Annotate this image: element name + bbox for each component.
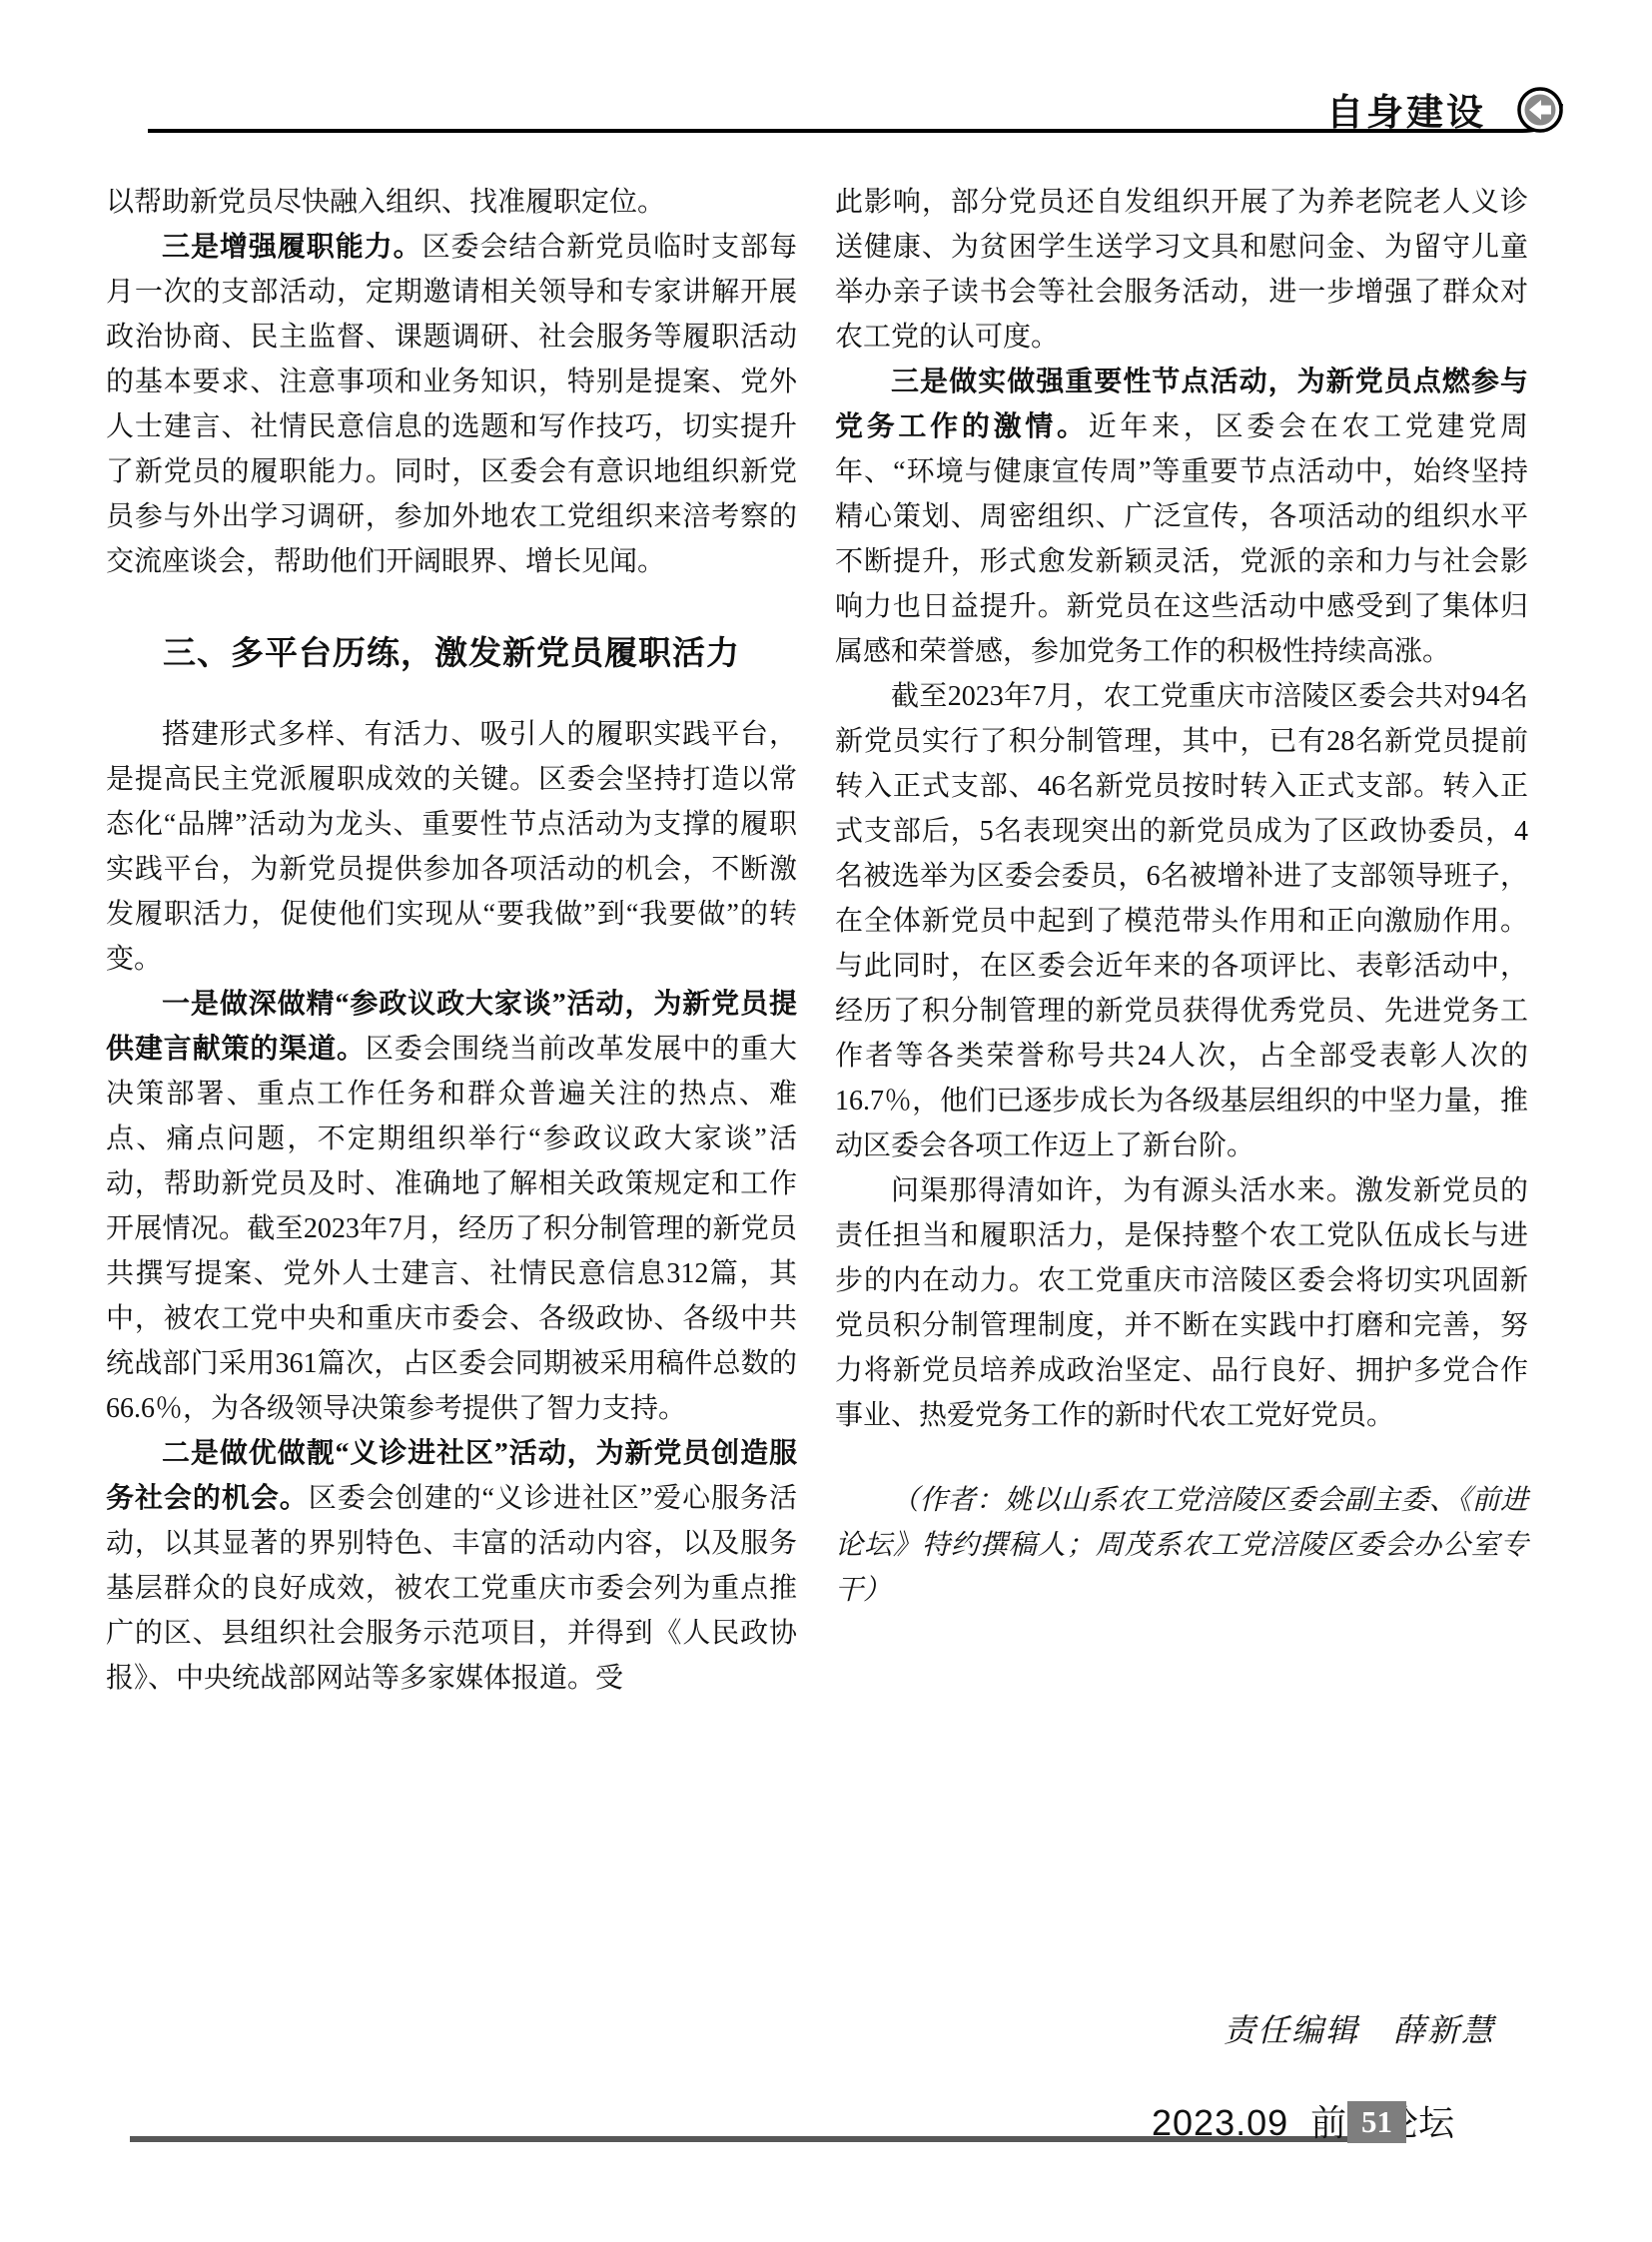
page-number-badge: 51	[1347, 2101, 1406, 2143]
paragraph-continuation: 以帮助新党员尽快融入组织、找准履职定位。	[106, 180, 797, 225]
paragraph-text: 区委会创建的“义诊进社区”爱心服务活动，以其显著的界别特色、丰富的活动内容，以及…	[106, 1483, 797, 1694]
paragraph: 三是做实做强重要性节点活动，为新党员点燃参与党务工作的激情。近年来，区委会在农工…	[835, 360, 1528, 674]
paragraph: 二是做优做靓“义诊进社区”活动，为新党员创造服务社会的机会。区委会创建的“义诊进…	[106, 1431, 797, 1701]
right-column: 此影响，部分党员还自发组织开展了为养老院老人义诊送健康、为贫困学生送学习文具和慰…	[835, 180, 1528, 1613]
left-column: 以帮助新党员尽快融入组织、找准履职定位。 三是增强履职能力。区委会结合新党员临时…	[106, 180, 797, 1701]
section-heading: 三、多平台历练，激发新党员履职活力	[106, 632, 797, 674]
footer-meta: 2023.09前进论坛	[1152, 2095, 1454, 2146]
paragraph-continuation: 此影响，部分党员还自发组织开展了为养老院老人义诊送健康、为贫困学生送学习文具和慰…	[835, 180, 1528, 360]
paragraph: 一是做深做精“参政议政大家谈”活动，为新党员提供建言献策的渠道。区委会围绕当前改…	[106, 982, 797, 1431]
paragraph-text: 近年来，区委会在农工党建党周年、“环境与健康宣传周”等重要节点活动中，始终坚持精…	[835, 411, 1528, 667]
author-note: （作者：姚以山系农工党涪陵区委会副主委、《前进论坛》特约撰稿人；周茂系农工党涪陵…	[835, 1478, 1528, 1613]
editor-credit: 责任编辑 薛新慧	[1224, 2005, 1495, 2051]
back-arrow-icon	[1519, 89, 1561, 131]
paragraph: 问渠那得清如许，为有源头活水来。激发新党员的责任担当和履职活力，是保持整个农工党…	[835, 1168, 1528, 1438]
paragraph: 搭建形式多样、有活力、吸引人的履职实践平台，是提高民主党派履职成效的关键。区委会…	[106, 712, 797, 982]
paragraph-text: 区委会围绕当前改革发展中的重大决策部署、重点工作任务和群众普遍关注的热点、难点、…	[106, 1034, 797, 1424]
paragraph: 三是增强履职能力。区委会结合新党员临时支部每月一次的支部活动，定期邀请相关领导和…	[106, 225, 797, 584]
paragraph: 截至2023年7月，农工党重庆市涪陵区委会共对94名新党员实行了积分制管理，其中…	[835, 674, 1528, 1168]
header-rule	[0, 0, 1652, 200]
footer-issue: 2023.09	[1152, 2102, 1288, 2143]
paragraph-text: 区委会结合新党员临时支部每月一次的支部活动，定期邀请相关领导和专家讲解开展政治协…	[106, 232, 797, 577]
magazine-page: 自身建设 以帮助新党员尽快融入组织、找准履职定位。 三是增强履职能力。区委会结合…	[0, 0, 1652, 2242]
header-rule-line	[148, 104, 1561, 131]
paragraph-lead: 三是增强履职能力。	[162, 232, 422, 263]
